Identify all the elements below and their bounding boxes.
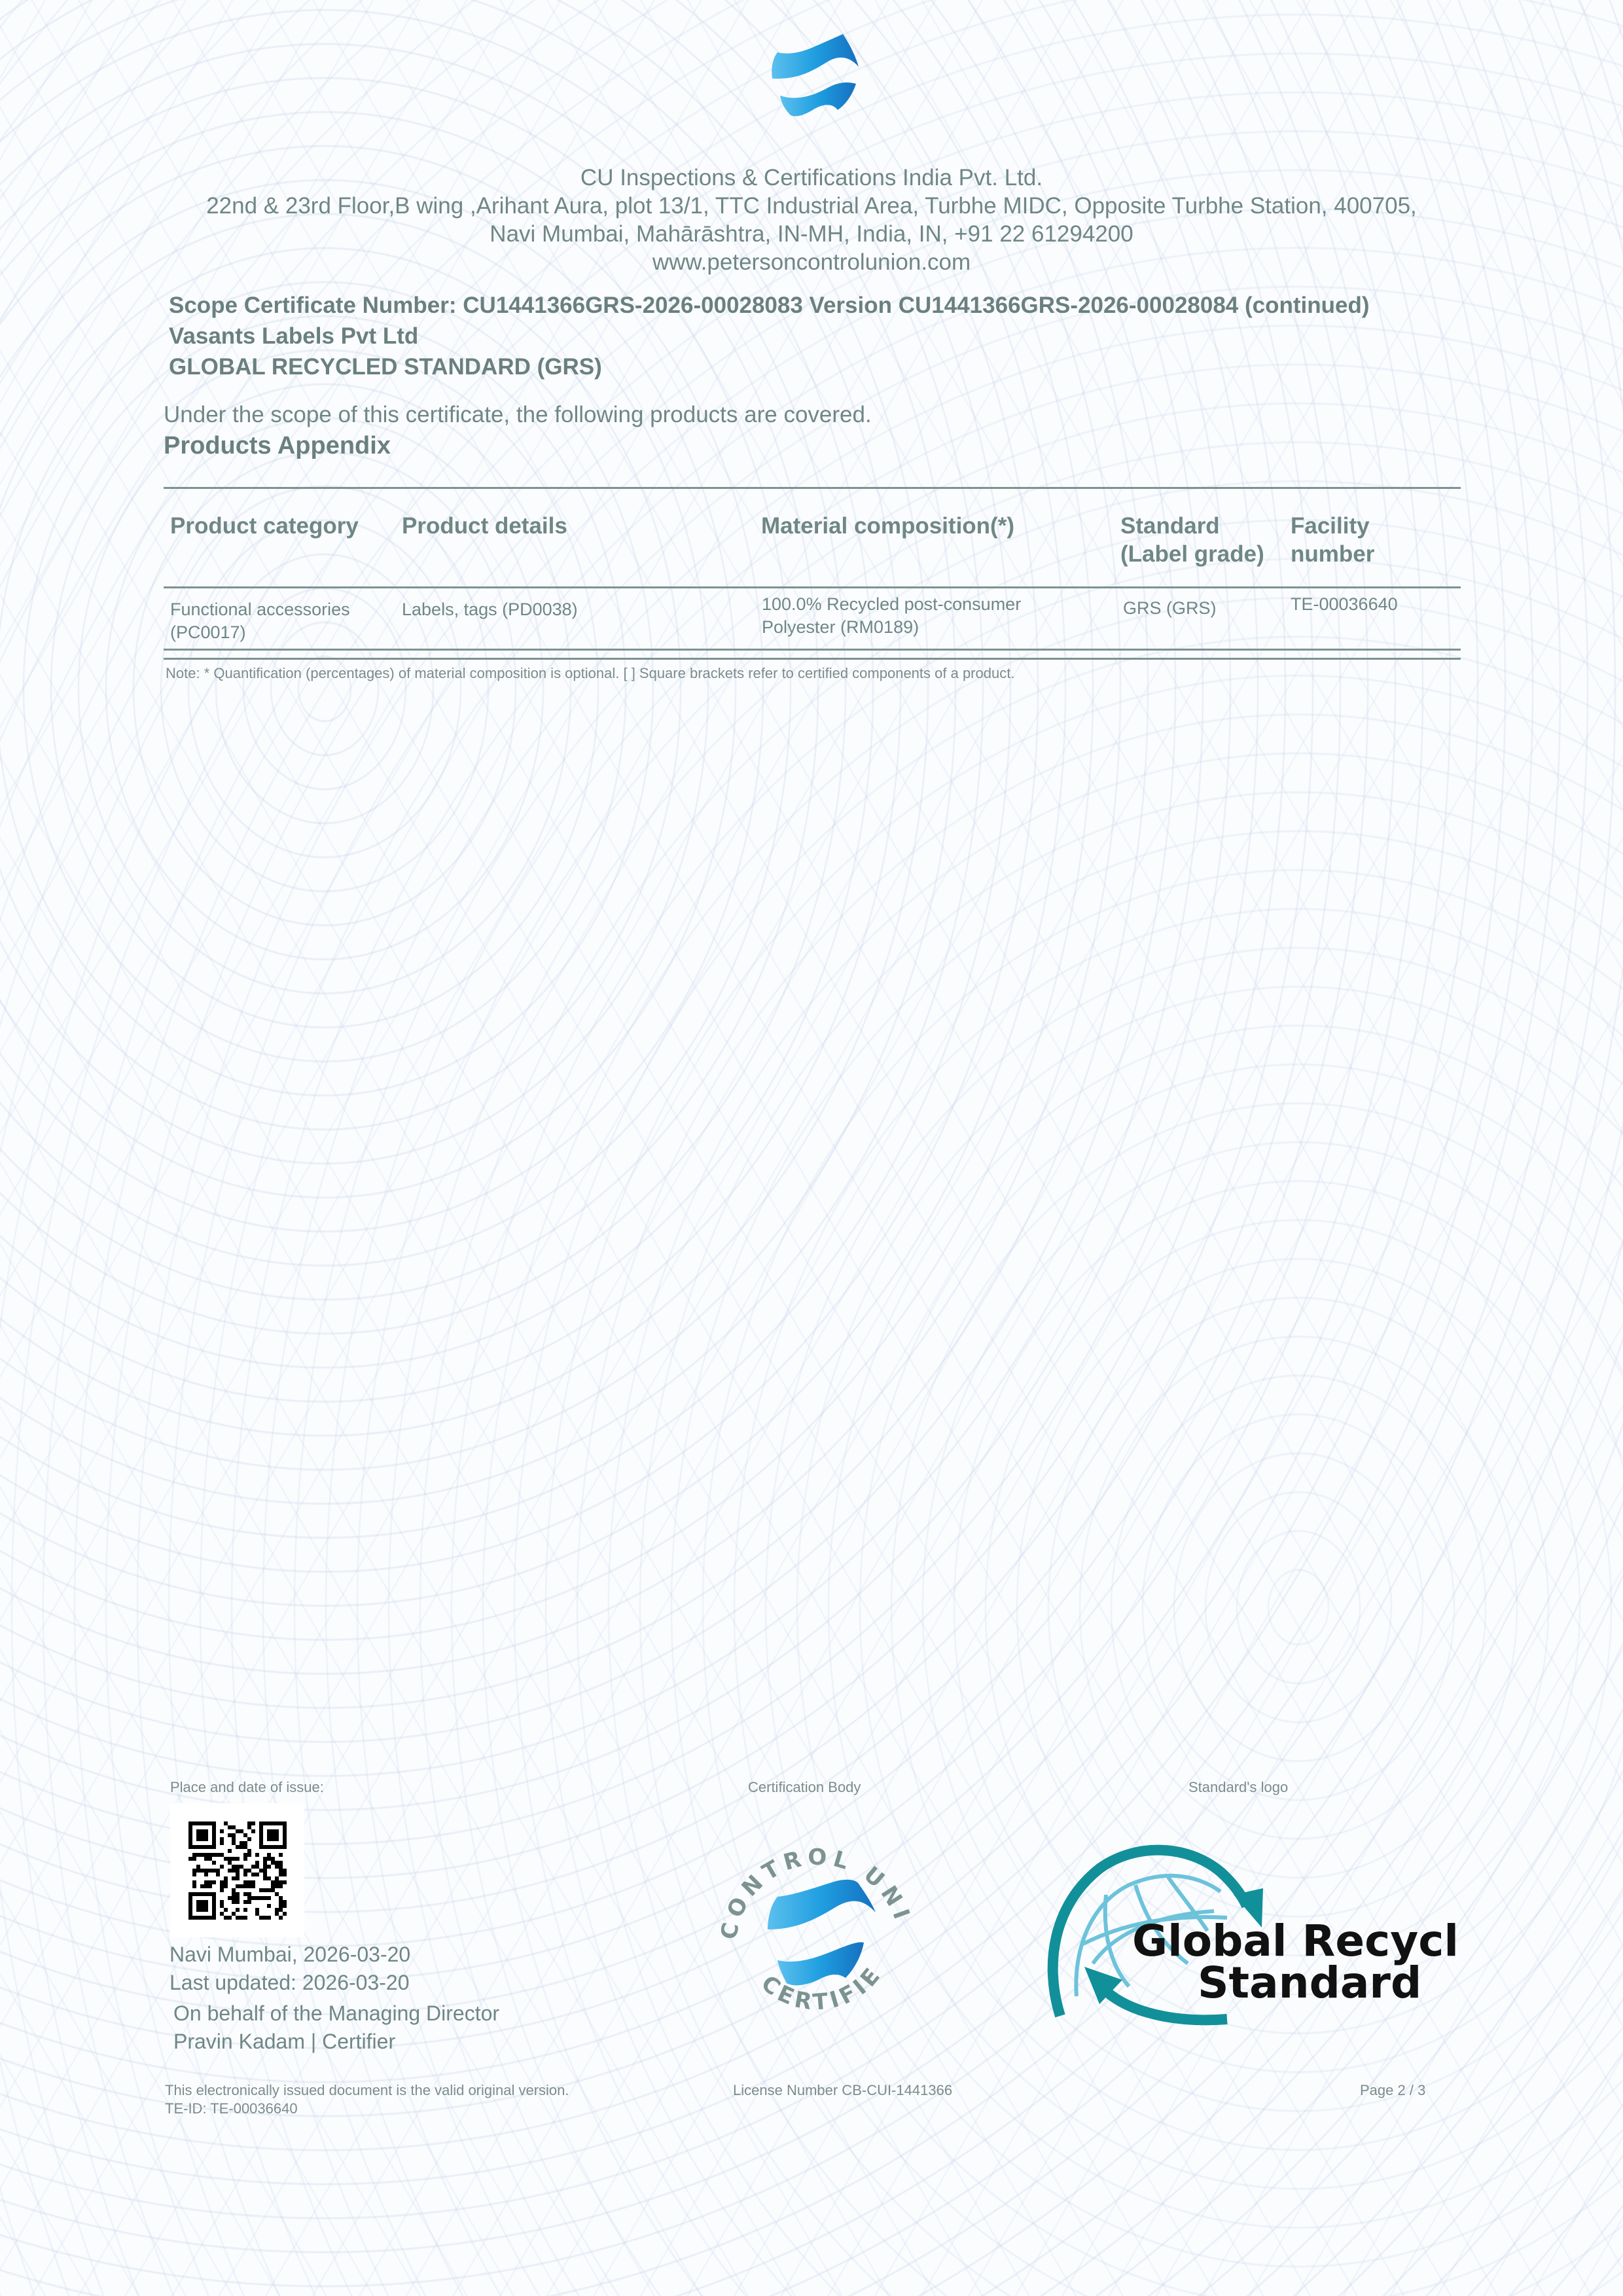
verification-qr-code[interactable] — [170, 1803, 304, 1937]
validity-note: This electronically issued document is t… — [165, 2081, 569, 2100]
grs-standard-logo: Global Recycled Standard — [1037, 1833, 1456, 2029]
signatory: On behalf of the Managing Director Pravi… — [173, 2000, 499, 2056]
te-id: TE-ID: TE-00036640 — [165, 2100, 569, 2118]
standard-name: GLOBAL RECYCLED STANDARD (GRS) — [169, 351, 1370, 382]
intro-text: Under the scope of this certificate, the… — [164, 402, 872, 428]
cell-composition: 100.0% Recycled post-consumer Polyester … — [762, 593, 1021, 639]
wave-logo-icon — [766, 33, 867, 128]
qr-code-icon — [170, 1803, 304, 1937]
row-bottom-rule — [164, 649, 1461, 651]
cell-details: Labels, tags (PD0038) — [402, 598, 578, 621]
page-number: Page 2 / 3 — [1360, 2081, 1425, 2100]
header-facility-number: Facility number — [1291, 512, 1374, 568]
control-union-certified-seal: CONTROL UNION CERTIFIED — [707, 1826, 929, 2042]
table-top-rule — [164, 487, 1461, 489]
cell-standard: GRS (GRS) — [1123, 597, 1217, 620]
standard-logo-label: Standard's logo — [1188, 1779, 1288, 1796]
on-behalf-text: On behalf of the Managing Director — [173, 2000, 499, 2028]
address-line-1: 22nd & 23rd Floor,B wing ,Arihant Aura, … — [0, 192, 1623, 220]
cell-category: Functional accessories (PC0017) — [170, 598, 350, 644]
organization-name: CU Inspections & Certifications India Pv… — [0, 164, 1623, 192]
header-standard: Standard (Label grade) — [1120, 512, 1264, 568]
certificate-info: Scope Certificate Number: CU1441366GRS-2… — [169, 290, 1370, 382]
issuer-header: CU Inspections & Certifications India Pv… — [0, 164, 1623, 276]
certified-seal-icon: CONTROL UNION CERTIFIED — [707, 1826, 929, 2042]
place-date-label: Place and date of issue: — [170, 1779, 324, 1796]
control-union-logo — [766, 33, 867, 128]
appendix-title: Products Appendix — [164, 432, 391, 460]
header-product-details: Product details — [402, 512, 567, 540]
company-name: Vasants Labels Pvt Ltd — [169, 321, 1370, 351]
website-link[interactable]: www.petersoncontrolunion.com — [0, 248, 1623, 276]
license-number: License Number CB-CUI-1441366 — [733, 2081, 952, 2100]
header-product-category: Product category — [170, 512, 359, 540]
signer-name: Pravin Kadam | Certifier — [173, 2028, 499, 2056]
scope-certificate-number: Scope Certificate Number: CU1441366GRS-2… — [169, 290, 1370, 321]
table-bottom-rule — [164, 658, 1461, 660]
table-note: Note: * Quantification (percentages) of … — [166, 665, 1014, 682]
cell-facility: TE-00036640 — [1291, 593, 1398, 616]
last-updated: Last updated: 2026-03-20 — [169, 1969, 410, 1997]
header-material-composition: Material composition(*) — [761, 512, 1014, 540]
issue-info: Navi Mumbai, 2026-03-20 Last updated: 20… — [169, 1941, 410, 1997]
address-line-2: Navi Mumbai, Mahārāshtra, IN-MH, India, … — [0, 220, 1623, 248]
validity-footnote: This electronically issued document is t… — [165, 2081, 569, 2118]
header-bottom-rule — [164, 586, 1461, 588]
issue-place-date: Navi Mumbai, 2026-03-20 — [169, 1941, 410, 1969]
global-recycled-standard-icon: Global Recycled Standard — [1037, 1833, 1456, 2029]
svg-text:CONTROL UNION: CONTROL UNION — [707, 1826, 916, 1942]
certification-body-label: Certification Body — [748, 1779, 861, 1796]
svg-text:Standard: Standard — [1198, 1958, 1421, 2008]
